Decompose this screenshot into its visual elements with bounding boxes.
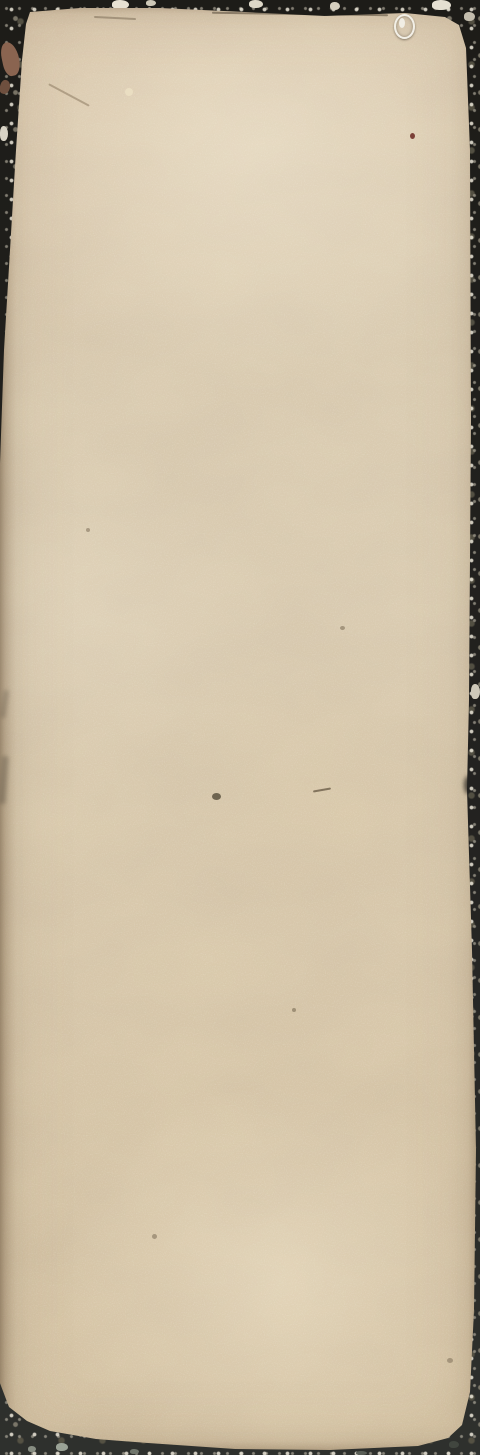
pit	[86, 528, 90, 532]
scratch	[313, 787, 331, 792]
gravel-chunk	[449, 1441, 459, 1448]
glossy-mark-core	[399, 18, 405, 28]
gravel-chunk	[130, 1449, 139, 1454]
edge-smudge	[0, 690, 9, 718]
pit	[340, 626, 345, 630]
edge-smudge	[0, 756, 9, 804]
glossy-ring-mark	[394, 14, 415, 39]
dark-spot	[212, 793, 221, 800]
leaf-fragment	[0, 79, 12, 95]
pit	[292, 1008, 296, 1012]
leaf-fragment	[0, 41, 22, 78]
gravel-chunk	[249, 0, 263, 8]
gravel-chunk	[356, 1451, 367, 1455]
gravel-chunk	[471, 684, 480, 699]
gravel-chunk	[330, 2, 340, 10]
gravel-chunk	[432, 0, 451, 10]
photo-stone-paver	[0, 0, 480, 1455]
gravel-chunk	[56, 1443, 68, 1451]
gravel-chunk	[112, 0, 129, 9]
gravel-chunk	[0, 126, 8, 141]
stone-paver	[0, 0, 480, 1455]
faint-scratch	[48, 83, 90, 106]
white-speck	[125, 88, 133, 96]
gravel-chunk	[28, 1446, 36, 1452]
pit	[447, 1358, 453, 1363]
gravel-chunk	[464, 12, 475, 21]
red-speck	[410, 133, 415, 139]
edge-crack	[94, 16, 136, 20]
stone-marks	[0, 0, 480, 1455]
gravel-chunk	[146, 0, 156, 6]
pit	[152, 1234, 157, 1239]
